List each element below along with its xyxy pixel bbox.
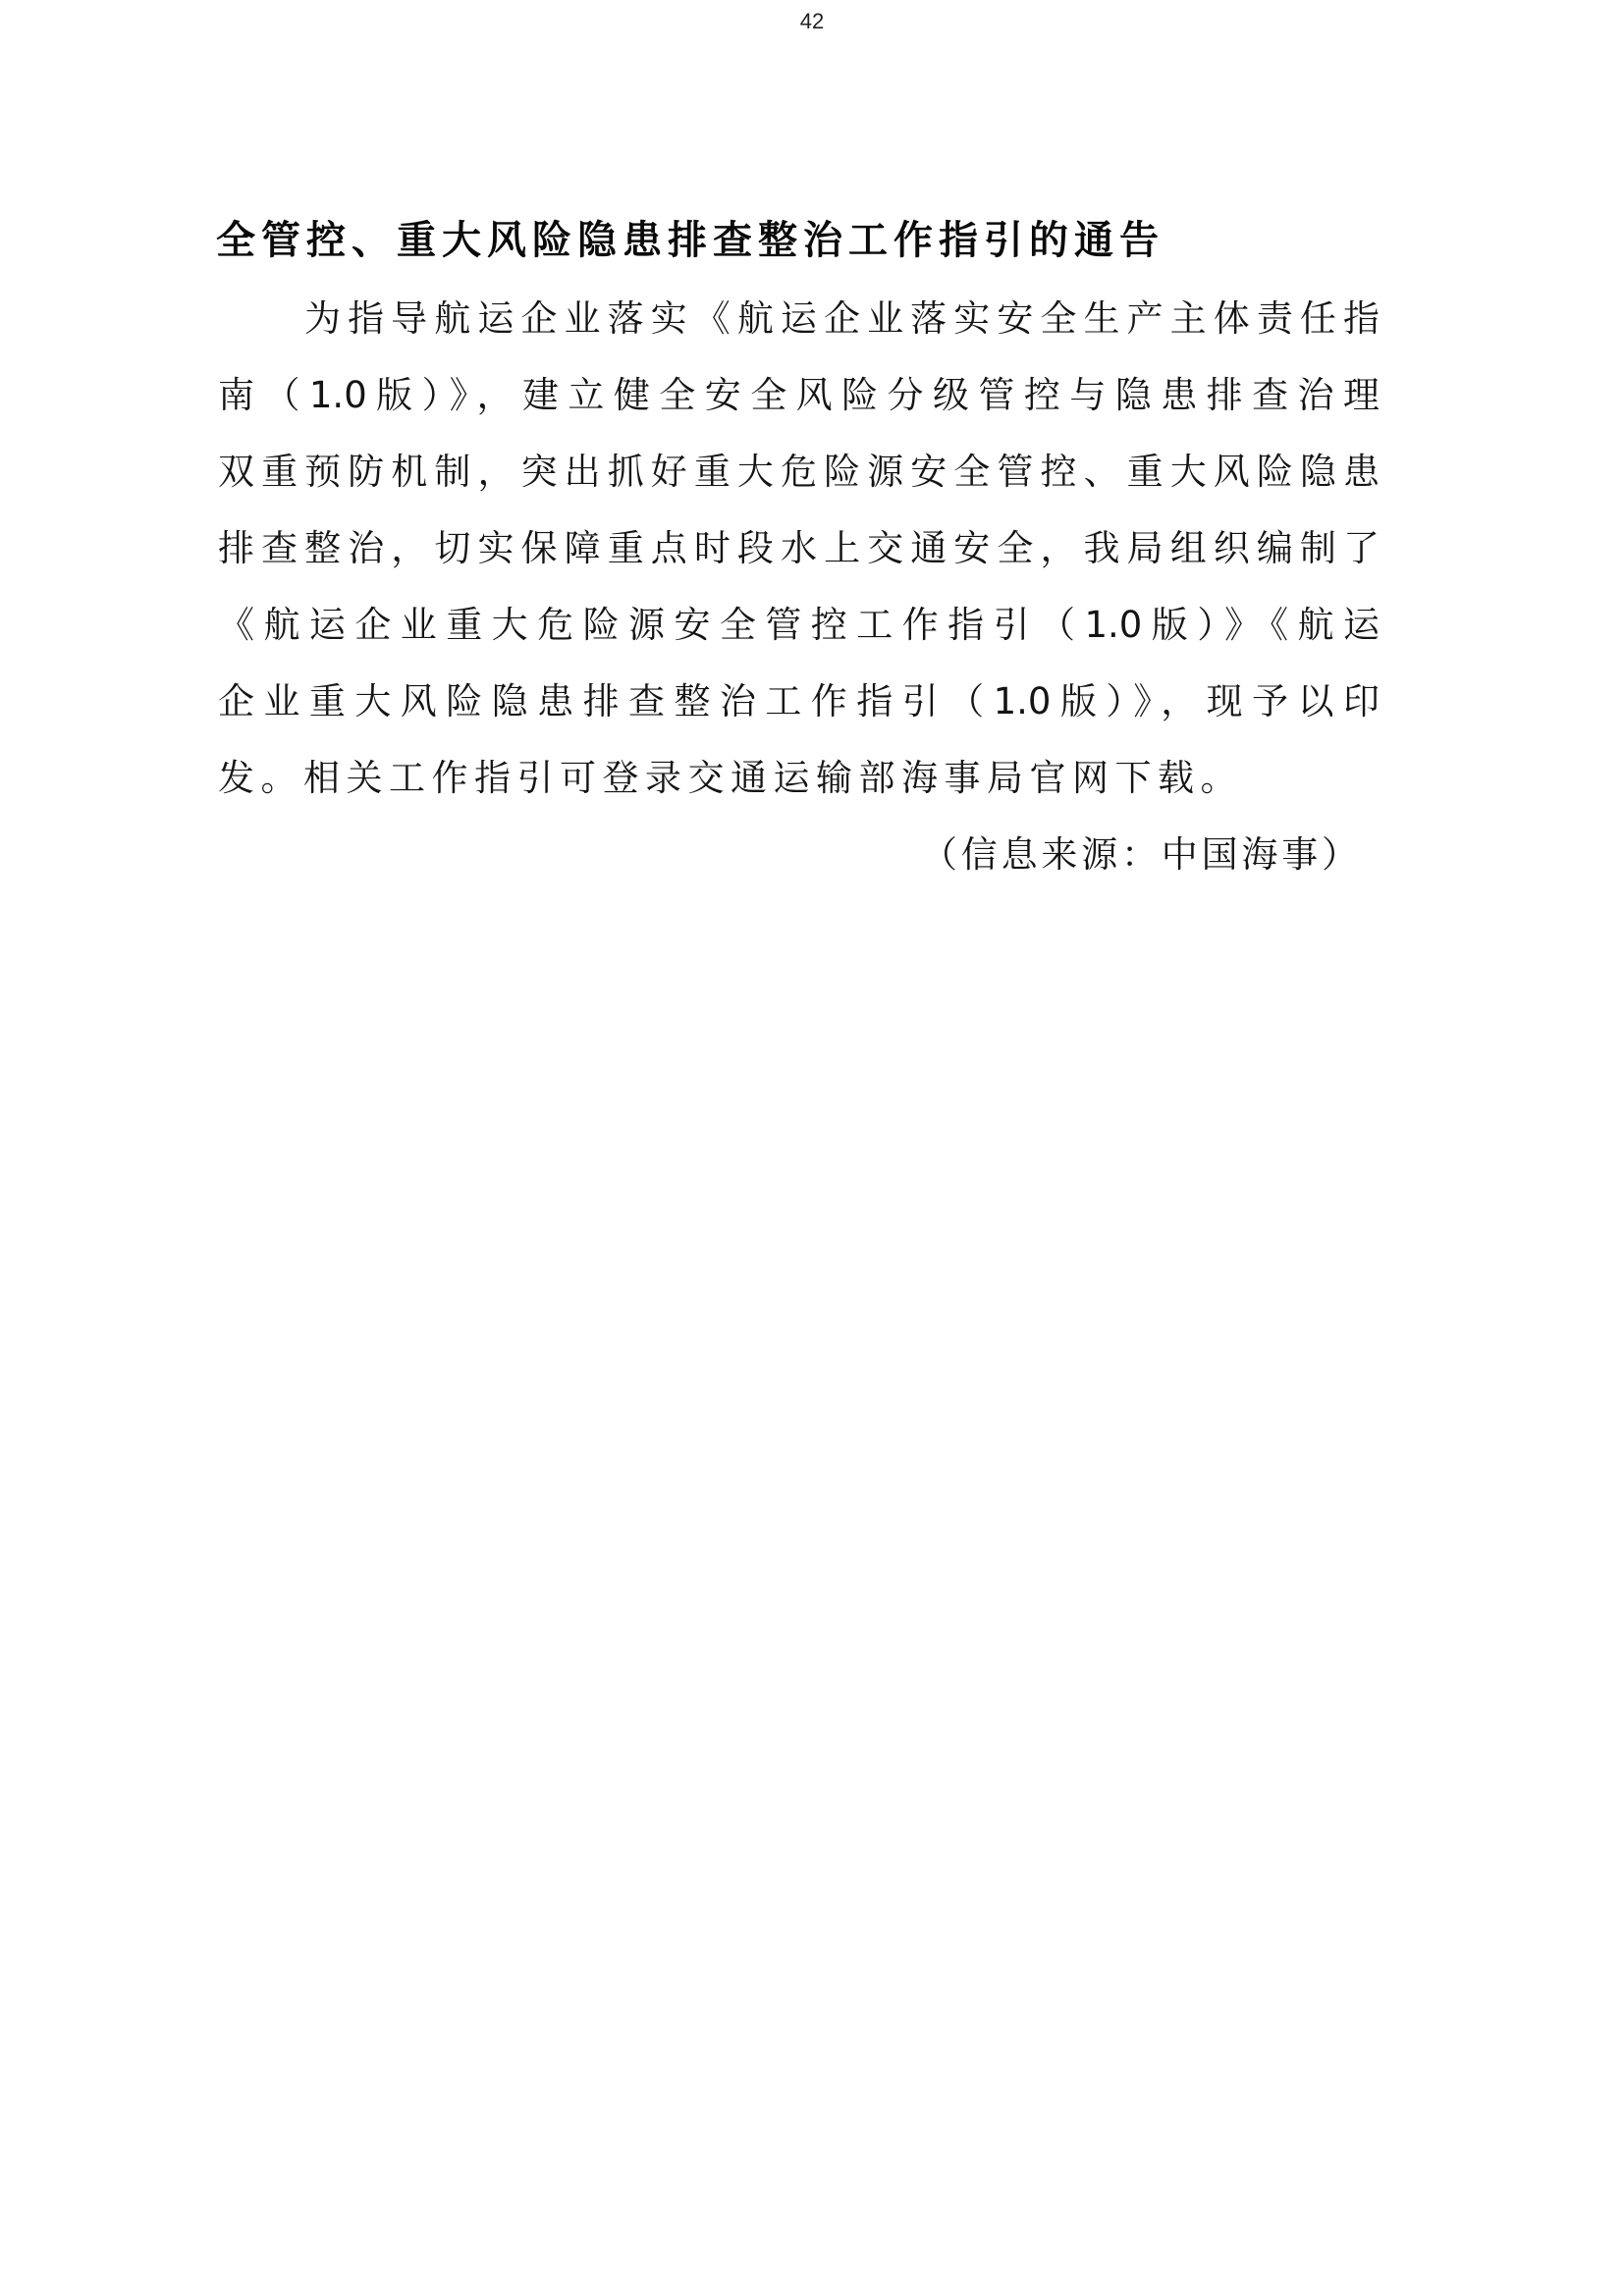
body-line-3: 双重预防机制，突出抓好重大危险源安全管控、重大风险隐患 bbox=[218, 434, 1380, 510]
body-line-7: 发。相关工作指引可登录交通运输部海事局官网下载。 bbox=[218, 740, 1380, 817]
page-number: 42 bbox=[0, 8, 1624, 35]
body-line-5: 《航运企业重大危险源安全管控工作指引（1.0版）》《航运 bbox=[218, 587, 1380, 664]
article-body: 为指导航运企业落实《航运企业落实安全生产主体责任指 南（1.0版）》，建立健全安… bbox=[218, 281, 1380, 817]
body-line-2: 南（1.0版）》，建立健全安全风险分级管控与隐患排查治理 bbox=[218, 357, 1380, 434]
body-line-6: 企业重大风险隐患排查整治工作指引（1.0版）》，现予以印 bbox=[218, 664, 1380, 740]
source-attribution: （信息来源：中国海事） bbox=[921, 831, 1358, 879]
article-title: 全管控、重大风险隐患排查整治工作指引的通告 bbox=[216, 218, 1159, 263]
body-line-4: 排查整治，切实保障重点时段水上交通安全，我局组织编制了 bbox=[218, 510, 1380, 587]
body-line-1: 为指导航运企业落实《航运企业落实安全生产主体责任指 bbox=[304, 281, 1380, 357]
